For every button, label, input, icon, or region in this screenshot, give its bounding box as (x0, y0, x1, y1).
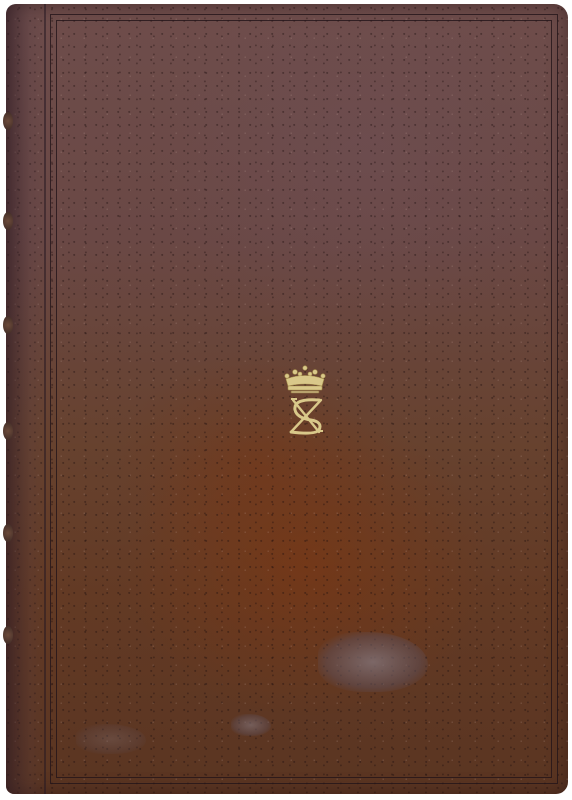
worn-patch (76, 724, 146, 754)
worn-patch (231, 714, 271, 736)
spine-band (3, 316, 13, 334)
spine-band (3, 626, 13, 644)
spine-band (3, 112, 13, 130)
spine-band (3, 524, 13, 542)
spine-band (3, 212, 13, 230)
crowned-monogram-icon (281, 364, 329, 436)
spine-band (3, 422, 13, 440)
spine-hinge-line (44, 4, 46, 794)
